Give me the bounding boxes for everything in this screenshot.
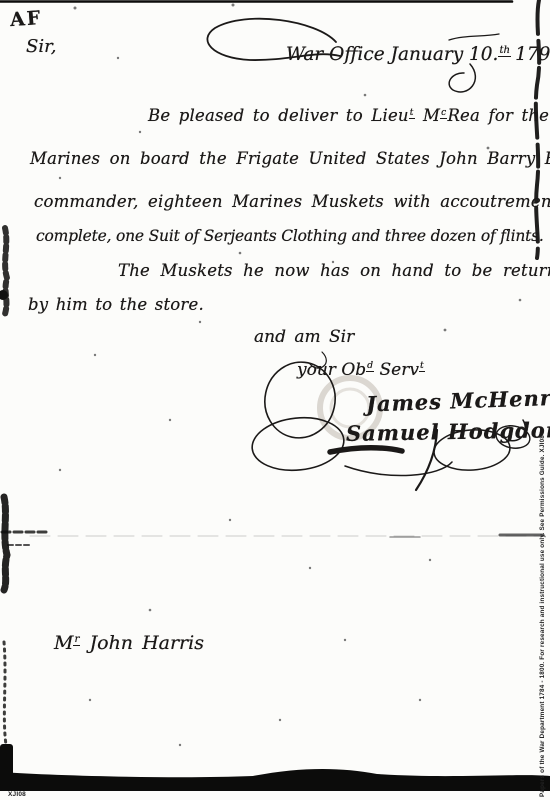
addressee-name: Mr John Harris [54, 632, 204, 654]
body-line: by him to the store. [28, 295, 204, 314]
dateline-superscript: th [498, 45, 511, 57]
dateline: War Office January 10.th1798 [286, 44, 550, 65]
closing-line: your Obd Servt [297, 360, 425, 380]
salutation: Sir, [26, 36, 56, 57]
dateline-year: 1798 [515, 44, 550, 65]
body-line: The Muskets he now has on hand to be ret… [118, 261, 550, 280]
body-line: complete, one Suit of Serjeants Clothing… [36, 227, 544, 245]
dateline-place-date: War Office January 10. [286, 44, 498, 65]
archival-mark: AF [9, 7, 43, 31]
microfilm-code-label: XJI08 [8, 791, 26, 798]
body-line: Marines on board the Frigate United Stat… [30, 149, 550, 168]
signature-james-mchenry: James McHenry [366, 385, 550, 417]
fold-crease [30, 535, 545, 537]
body-line: commander, eighteen Marines Muskets with… [34, 192, 550, 211]
rights-notice: Papers of the War Department 1784 - 1800… [539, 385, 546, 797]
body-line: Be pleased to deliver to Lieut McRea for… [148, 106, 549, 125]
signature-samuel-hodgdon: Samuel Hodgdon [346, 417, 550, 446]
scanned-letter-page: AF Sir, War Office January 10.th1798 Be … [0, 0, 550, 800]
closing-line: and am Sir [254, 327, 354, 347]
